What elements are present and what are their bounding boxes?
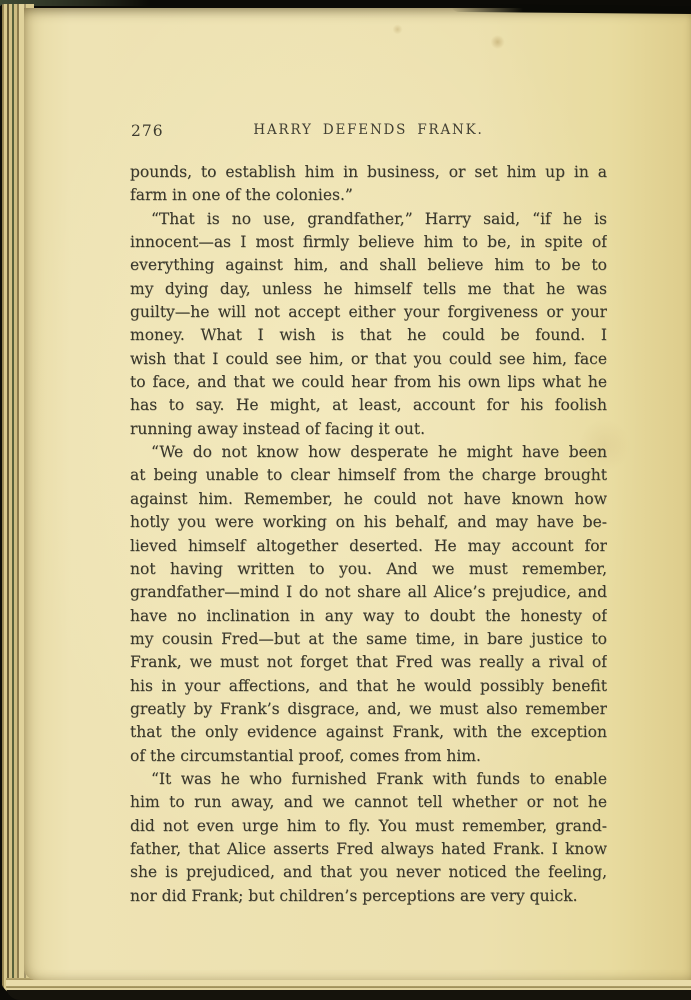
text-line: nor did Frank; but children’s perception… [130, 885, 607, 908]
text-line: money. What I wish is that he could be f… [130, 324, 607, 347]
text-line: my dying day, unless he himself tells me… [130, 278, 607, 301]
page-stack-bottom-edges [6, 978, 691, 1000]
text-line: “We do not know how desperate he might h… [130, 441, 607, 464]
text-line: greatly by Frank’s disgrace, and, we mus… [130, 698, 607, 721]
text-line: guilty—he will not accept either your fo… [130, 301, 607, 324]
text-line: against him. Remember, he could not have… [130, 488, 607, 511]
text-line: hotly you were working on his behalf, an… [130, 511, 607, 534]
text-line: grandfather—mind I do not share all Alic… [130, 581, 607, 604]
page-content: 276 HARRY DEFENDS FRANK. pounds, to esta… [130, 8, 607, 908]
text-line: wish that I could see him, or that you c… [130, 348, 607, 371]
page-header: 276 HARRY DEFENDS FRANK. [130, 122, 607, 142]
text-line: not having written to you. And we must r… [130, 558, 607, 581]
text-line: his in your affections, and that he woul… [130, 675, 607, 698]
text-line: everything against him, and shall believ… [130, 254, 607, 277]
text-line: to face, and that we could hear from his… [130, 371, 607, 394]
text-line: innocent—as I most firmly believe him to… [130, 231, 607, 254]
page-sheet: 276 HARRY DEFENDS FRANK. pounds, to esta… [24, 8, 691, 980]
text-block: pounds, to establish him in business, or… [130, 161, 607, 908]
text-line: running away instead of facing it out. [130, 418, 607, 441]
text-line: lieved himself altogether deserted. He m… [130, 535, 607, 558]
text-line: did not even urge him to fly. You must r… [130, 815, 607, 838]
text-line: of the circumstantial proof, comes from … [130, 745, 607, 768]
text-line: Frank, we must not forget that Fred was … [130, 651, 607, 674]
running-header: HARRY DEFENDS FRANK. [130, 122, 607, 138]
text-line: farm in one of the colonies.” [130, 184, 607, 207]
book-scan: 276 HARRY DEFENDS FRANK. pounds, to esta… [0, 0, 691, 1000]
text-line: that the only evidence against Frank, wi… [130, 721, 607, 744]
page-number: 276 [131, 122, 164, 140]
text-line: “It was he who furnished Frank with fund… [130, 768, 607, 791]
text-line: him to run away, and we cannot tell whet… [130, 791, 607, 814]
text-line: has to say. He might, at least, account … [130, 394, 607, 417]
text-line: father, that Alice asserts Fred always h… [130, 838, 607, 861]
text-line: at being unable to clear himself from th… [130, 464, 607, 487]
text-line: my cousin Fred—but at the same time, in … [130, 628, 607, 651]
text-line: have no inclination in any way to doubt … [130, 605, 607, 628]
text-line: she is prejudiced, and that you never no… [130, 861, 607, 884]
text-line: “That is no use, grandfather,” Harry sai… [130, 208, 607, 231]
text-line: pounds, to establish him in business, or… [130, 161, 607, 184]
